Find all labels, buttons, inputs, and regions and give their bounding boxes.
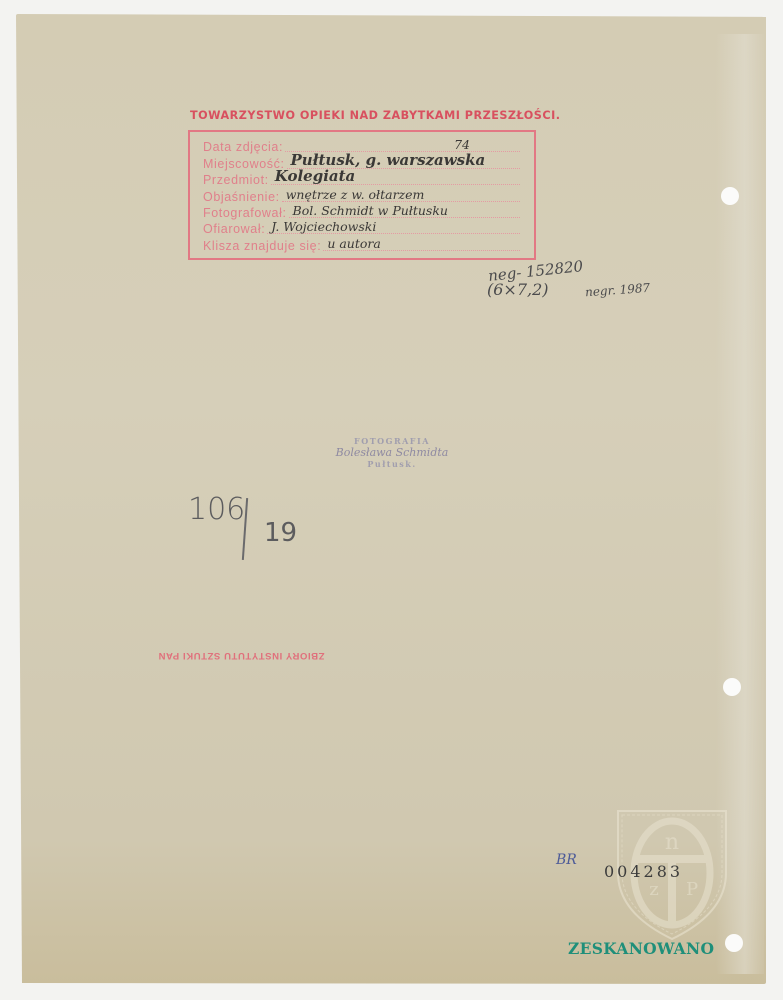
punch-hole-middle	[723, 678, 741, 696]
field-label: Ofiarował:	[203, 222, 265, 236]
field-label: Klisza znajduje się:	[203, 239, 321, 253]
photographer-stamp: FOTOGRAFIA Bolesława Schmidta Pułtusk.	[322, 436, 462, 469]
field-label: Przedmiot:	[203, 173, 269, 187]
field-label: Miejscowość:	[203, 157, 285, 171]
photographer-stamp-line1: FOTOGRAFIA	[322, 436, 462, 446]
field-label: Fotografował:	[203, 206, 287, 220]
field-value: Bol. Schmidt w Pułtusku	[293, 203, 448, 218]
society-stamp-box: Data zdjęcia: 74 Miejscowość: Pułtusk, g…	[188, 130, 536, 260]
svg-text:z: z	[649, 879, 658, 900]
inventory-number-top: 106	[188, 492, 245, 527]
scanned-stamp: ZESKANOWANO	[568, 939, 714, 958]
stamp-field-negative-location: Klisza znajduje się: u autora	[203, 236, 534, 252]
svg-text:P: P	[686, 879, 698, 900]
field-value: Pułtusk, g. warszawska	[291, 151, 486, 169]
photographer-stamp-line2: Bolesława Schmidta	[322, 446, 462, 459]
photographer-stamp-line3: Pułtusk.	[322, 459, 462, 469]
stamp-field-description: Objaśnienie: wnętrze z w. ołtarzem	[203, 187, 534, 203]
field-label: Data zdjęcia:	[203, 140, 283, 154]
serial-number: 004283	[604, 862, 683, 881]
field-value: u autora	[327, 236, 381, 251]
society-stamp-title: TOWARZYSTWO OPIEKI NAD ZABYTKAMI PRZESZŁ…	[190, 109, 540, 122]
svg-text:n: n	[665, 830, 679, 855]
inventory-number-bottom: 19	[264, 518, 297, 548]
stamp-field-donor: Ofiarował: J. Wojciechowski	[203, 220, 534, 236]
br-mark: BR	[556, 852, 577, 868]
field-value: wnętrze z w. ołtarzem	[286, 187, 425, 202]
field-label: Objaśnienie:	[203, 190, 280, 204]
punch-hole-top	[721, 187, 739, 205]
negative-size-note: (6×7,2)	[487, 280, 549, 299]
stamp-field-photographer: Fotografował: Bol. Schmidt w Pułtusku	[203, 204, 534, 220]
field-value: J. Wojciechowski	[271, 219, 376, 234]
field-value: Kolegiata	[275, 167, 356, 185]
stamp-field-subject: Przedmiot: Kolegiata	[203, 171, 534, 187]
stamp-field-place: Miejscowość: Pułtusk, g. warszawska	[203, 154, 534, 170]
institute-collection-stamp: ZBIORY INSTYTUTU SZTUKI PAN	[158, 650, 324, 661]
